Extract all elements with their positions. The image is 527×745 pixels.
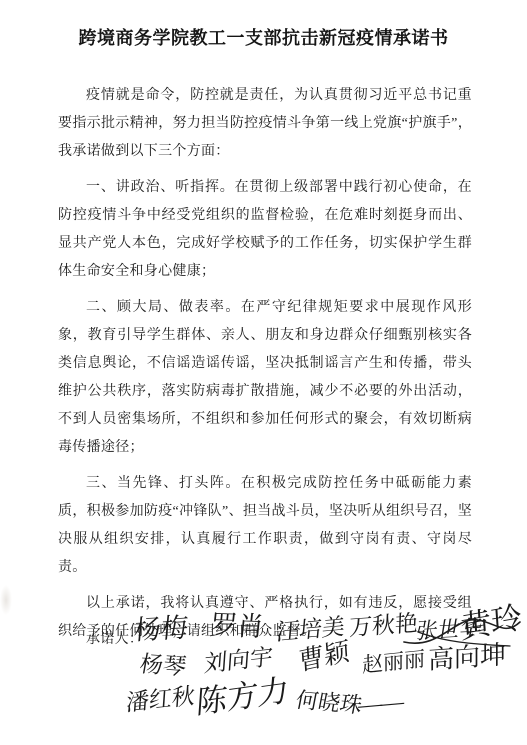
signature: 何晓珠 bbox=[294, 689, 364, 716]
signature: 杨琴 bbox=[138, 653, 188, 679]
paragraph-point-2: 二、顾大局、做表率。在严守纪律规矩要求中展现作风形象，教育引导学生群体、亲人、朋… bbox=[58, 294, 472, 462]
signature: 罗肖 bbox=[209, 612, 266, 641]
paragraph-point-1: 一、讲政治、听指挥。在贯彻上级部署中践行初心使命，在防控疫情斗争中经受党组织的监… bbox=[58, 174, 472, 286]
signature: 刘向宇 bbox=[203, 645, 273, 676]
signature: 黄玲 bbox=[459, 602, 522, 644]
signature: 陈方力 bbox=[195, 674, 289, 719]
signature: 杨梅 bbox=[133, 615, 189, 645]
paragraph-point-3: 三、当先锋、打头阵。在积极完成防控任务中砥砺能力素质，积极参加防疫“冲锋队”、担… bbox=[58, 470, 472, 582]
document-title: 跨境商务学院教工一支部抗击新冠疫情承诺书 bbox=[0, 24, 527, 50]
signature: 曹颖 bbox=[298, 638, 351, 675]
paragraph-intro: 疫情就是命令，防控就是责任，为认真贯彻习近平总书记重要指示批示精神，努力担当防控… bbox=[58, 82, 472, 166]
document-body: 疫情就是命令，防控就是责任，为认真贯彻习近平总书记重要指示批示精神，努力担当防控… bbox=[58, 82, 472, 654]
pledge-document-page: 跨境商务学院教工一支部抗击新冠疫情承诺书 疫情就是命令，防控就是责任，为认真贯彻… bbox=[0, 0, 527, 745]
signature: 潘红秋 bbox=[125, 684, 195, 715]
signature: 万秋艳 bbox=[349, 612, 419, 640]
scan-smudge bbox=[0, 585, 12, 615]
signature: 赵丽丽 bbox=[362, 649, 425, 677]
signature-area: 承诺人： 杨梅 罗肖 汪培美 万秋艳 张世华 黄玲 杨琴 刘向宇 曹颖 赵丽丽 … bbox=[0, 602, 527, 745]
signature: 高向坤 bbox=[428, 642, 506, 674]
signature: —— bbox=[357, 690, 403, 718]
